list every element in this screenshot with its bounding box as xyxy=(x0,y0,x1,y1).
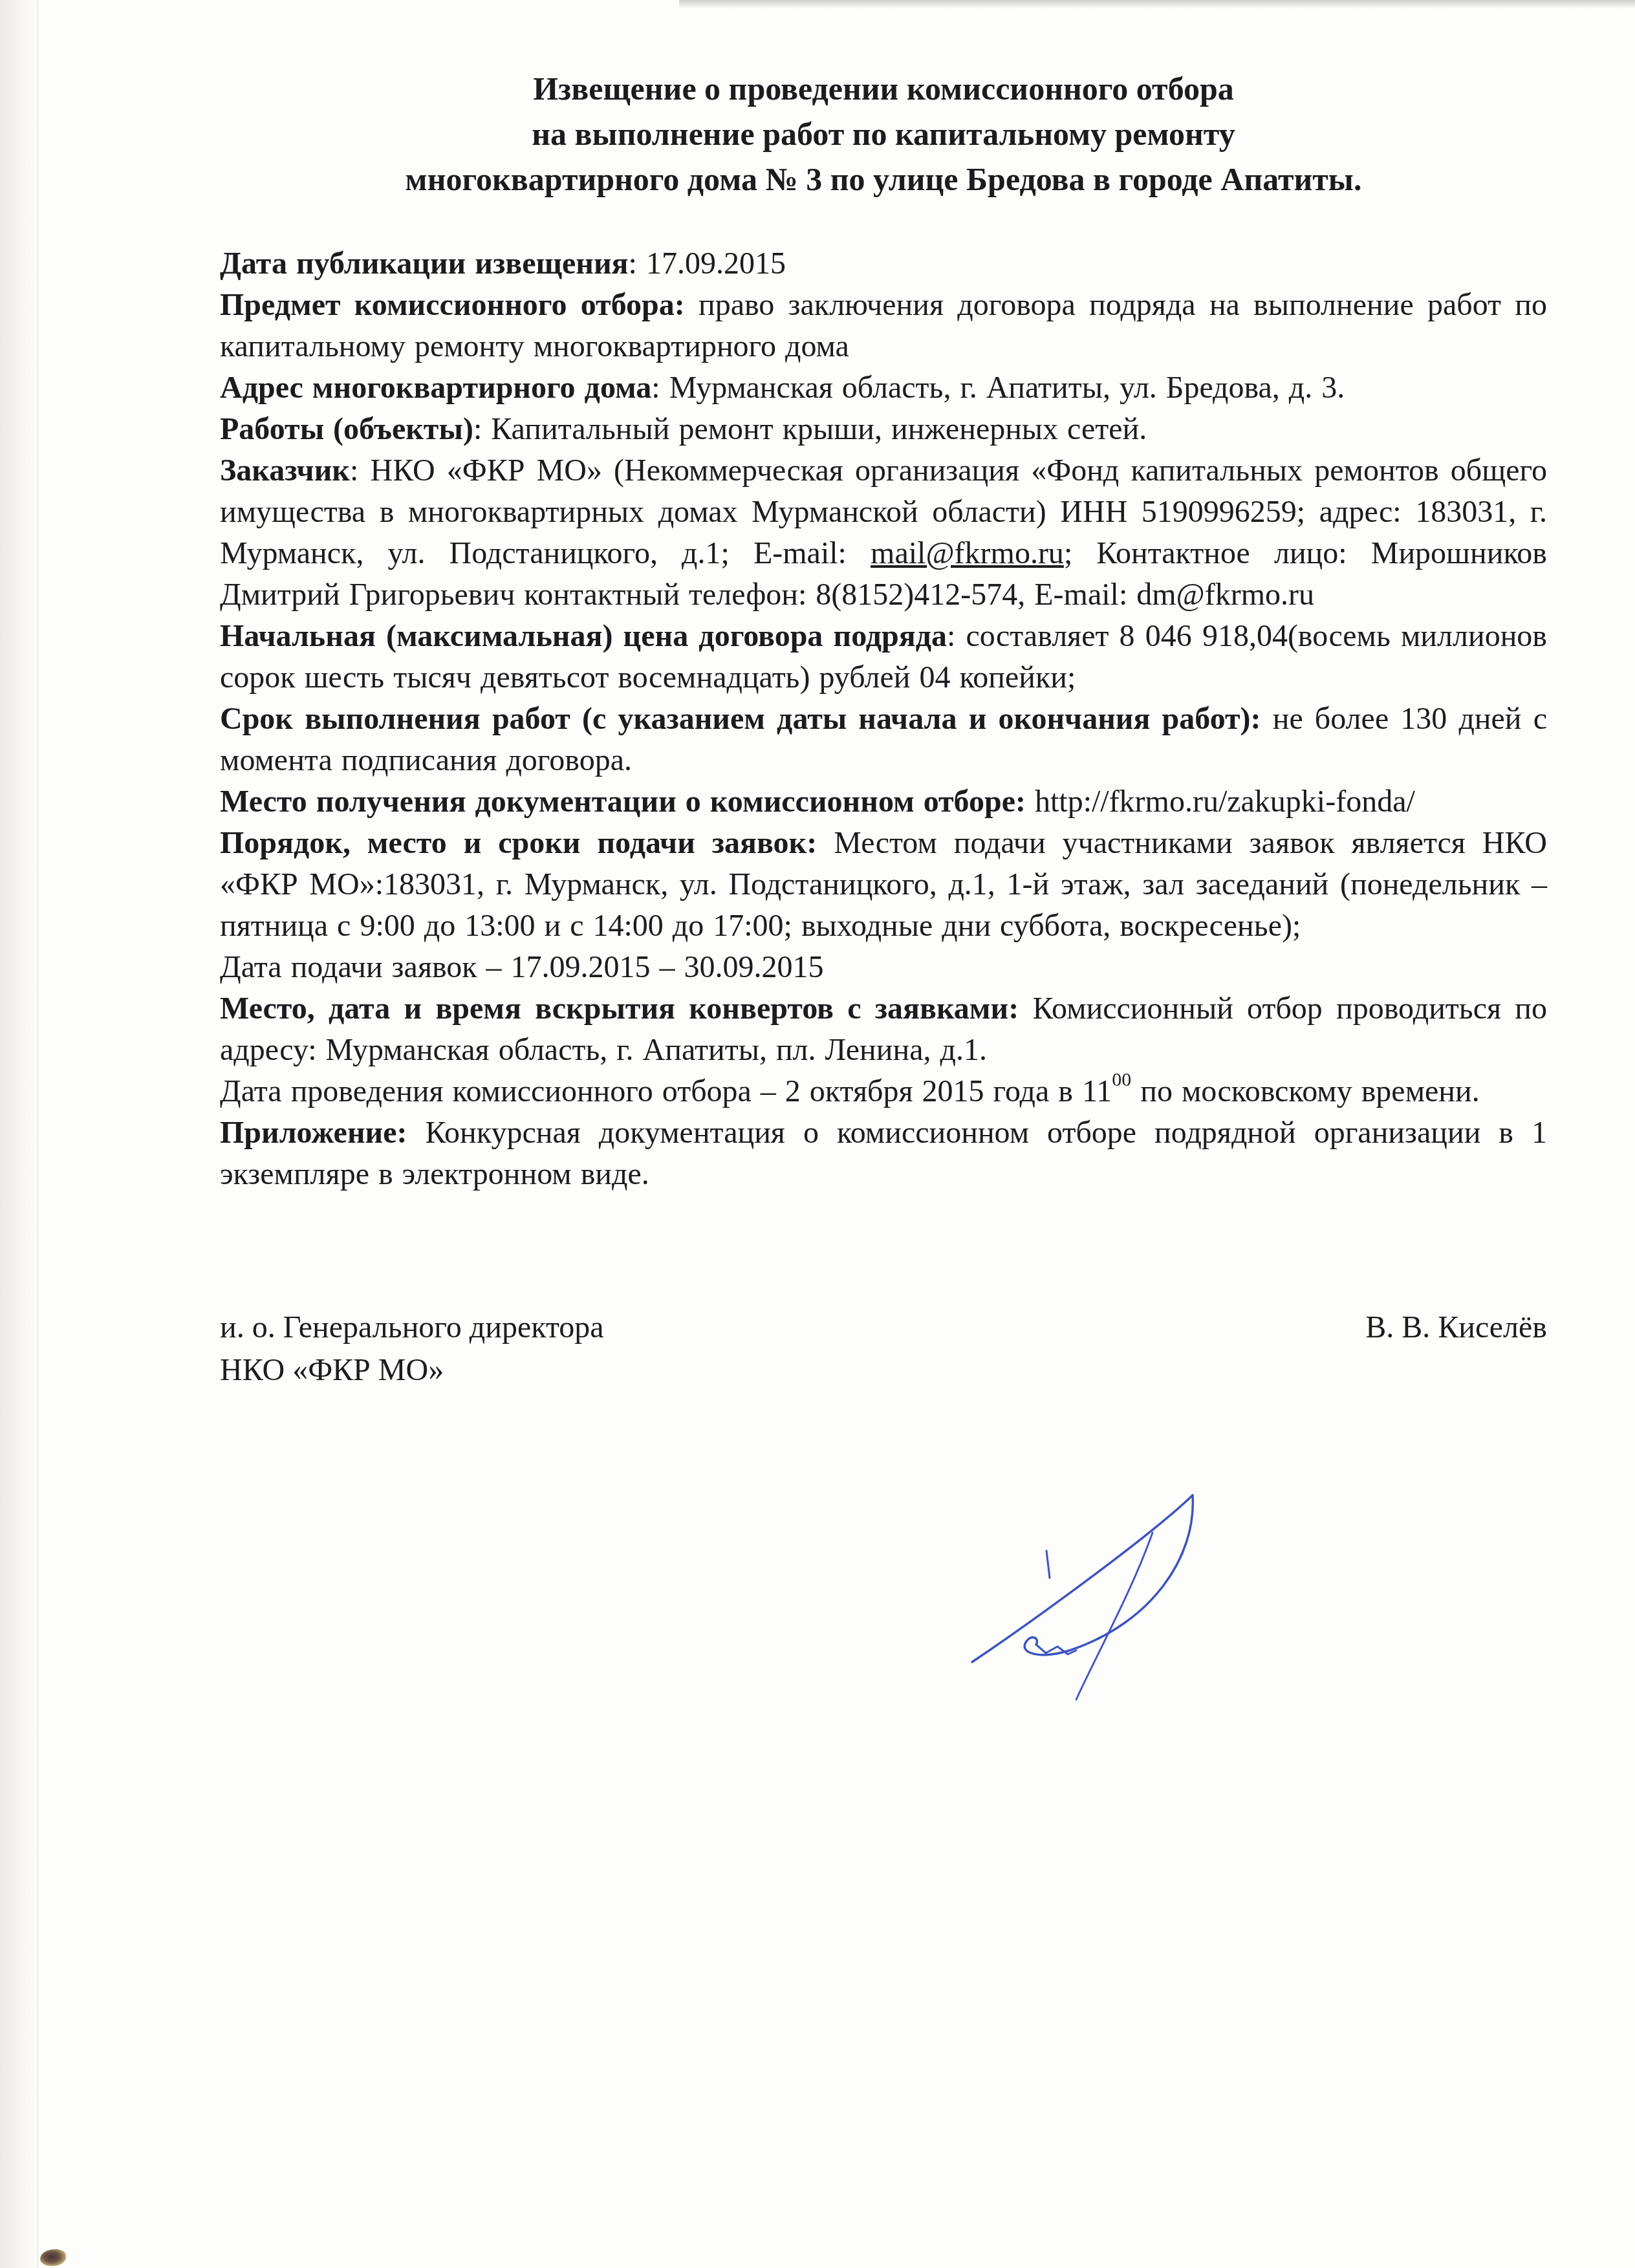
paragraph: Приложение: Конкурсная документация о ко… xyxy=(220,1112,1547,1195)
paragraph: Заказчик: НКО «ФКР МО» (Некоммерческая о… xyxy=(220,450,1547,616)
signatory-position: и. о. Генерального директора НКО «ФКР МО… xyxy=(220,1306,604,1392)
title-line-3: многоквартирного дома № 3 по улице Бредо… xyxy=(220,157,1547,202)
text-segment: : Капитальный ремонт крыши, инженерных с… xyxy=(473,412,1147,446)
signatory-name: В. В. Киселёв xyxy=(1365,1306,1547,1349)
paragraph: Дата публикации извещения: 17.09.2015 xyxy=(220,243,1547,285)
paragraph: Срок выполнения работ (с указанием даты … xyxy=(220,698,1547,781)
paragraph: Адрес многоквартирного дома: Мурманская … xyxy=(220,367,1547,409)
title-line-2: на выполнение работ по капитальному ремо… xyxy=(220,111,1547,157)
signature-block: и. о. Генерального директора НКО «ФКР МО… xyxy=(220,1306,1547,1392)
text-segment: Порядок, место и сроки подачи заявок: xyxy=(220,826,834,860)
scan-artifact-top-edge xyxy=(679,0,1635,9)
text-segment: Предмет комиссионного отбора: xyxy=(220,288,698,322)
text-segment: Адрес многоквартирного дома xyxy=(220,371,651,405)
signatory-position-line-1: и. о. Генерального директора xyxy=(220,1306,604,1349)
paragraph: Предмет комиссионного отбора: право закл… xyxy=(220,285,1547,367)
paragraph: Порядок, место и сроки подачи заявок: Ме… xyxy=(220,823,1547,947)
signature-ink xyxy=(937,1486,1260,1706)
text-segment: Место, дата и время вскрытия конвертов с… xyxy=(220,991,1032,1026)
text-segment: Место получения документации о комиссион… xyxy=(220,784,1035,819)
paragraph: Место, дата и время вскрытия конвертов с… xyxy=(220,988,1547,1071)
document-title: Извещение о проведении комиссионного отб… xyxy=(220,66,1547,202)
text-segment: Дата публикации извещения xyxy=(220,246,629,281)
text-segment: http://fkrmo.ru/zakupki-fonda/ xyxy=(1035,784,1415,819)
text-segment: : 17.09.2015 xyxy=(629,246,786,281)
paragraph: Место получения документации о комиссион… xyxy=(220,781,1547,823)
text-segment: Работы (объекты) xyxy=(220,412,473,446)
text-segment: по московскому времени. xyxy=(1131,1074,1480,1108)
signatory-position-line-2: НКО «ФКР МО» xyxy=(220,1349,604,1392)
text-segment: Срок выполнения работ (с указанием даты … xyxy=(220,702,1273,736)
scan-artifact-left-edge xyxy=(0,0,38,2268)
text-segment: Дата подачи заявок – 17.09.2015 – 30.09.… xyxy=(220,950,824,984)
paragraph: Дата проведения комиссионного отбора – 2… xyxy=(220,1071,1547,1112)
paragraph: Дата подачи заявок – 17.09.2015 – 30.09.… xyxy=(220,947,1547,988)
scan-artifact-speck xyxy=(40,2249,66,2266)
document-body: Дата публикации извещения: 17.09.2015Пре… xyxy=(220,243,1547,1195)
text-segment: 00 xyxy=(1112,1069,1131,1090)
text-segment: Начальная (максимальная) цена договора п… xyxy=(220,619,947,653)
document-content: Извещение о проведении комиссионного отб… xyxy=(220,66,1547,1392)
document-page: Извещение о проведении комиссионного отб… xyxy=(0,0,1635,2268)
paragraph: Начальная (максимальная) цена договора п… xyxy=(220,616,1547,698)
email-link-text: mail@fkrmo.ru xyxy=(871,536,1064,570)
text-segment: Приложение: xyxy=(220,1116,425,1150)
title-line-1: Извещение о проведении комиссионного отб… xyxy=(220,66,1547,111)
text-segment: : Мурманская область, г. Апатиты, ул. Бр… xyxy=(651,371,1345,405)
text-segment: Дата проведения комиссионного отбора – 2… xyxy=(220,1074,1112,1108)
text-segment: Заказчик xyxy=(220,453,350,488)
paragraph: Работы (объекты): Капитальный ремонт кры… xyxy=(220,409,1547,450)
